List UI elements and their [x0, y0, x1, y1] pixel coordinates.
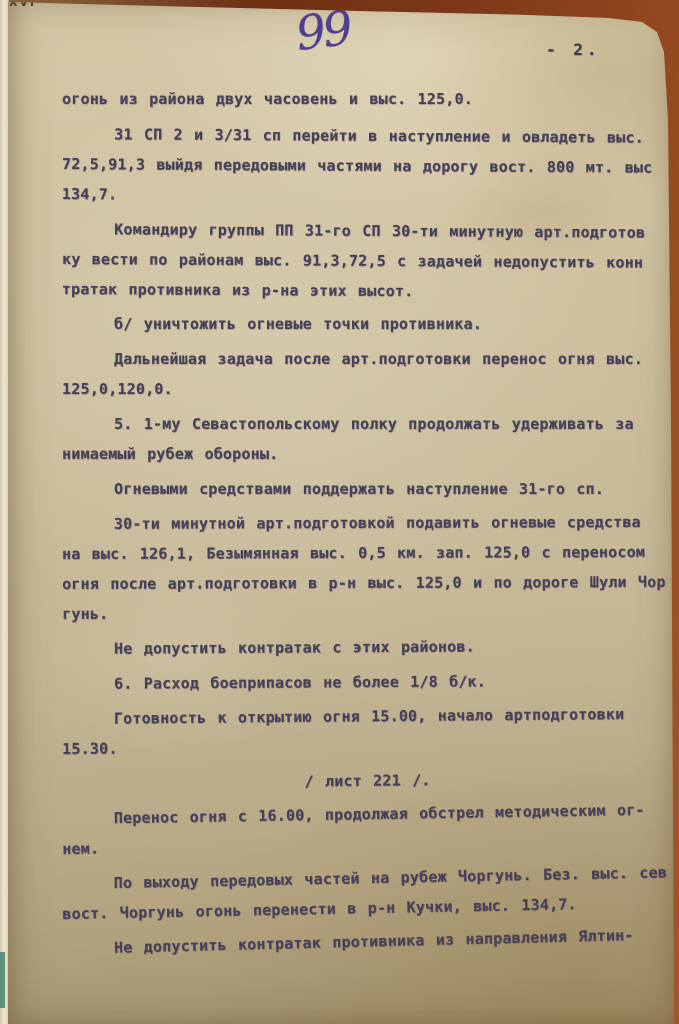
paragraph: Перенос огня с 16.00, продолжая обстрел … [62, 794, 674, 864]
paragraph: б/ уничтожить огневые точки противника. [62, 309, 673, 339]
document-page: XVI 99 - 2. огонь из района двух часовен… [8, 0, 679, 1024]
text-line: 134,7. [62, 179, 673, 213]
paragraph: Готовность к открытию огня 15.00, начало… [62, 699, 674, 764]
underlying-page-edge [0, 0, 9, 1024]
paragraph: Огневыми средствами поддержать наступлен… [62, 474, 673, 504]
paragraph: Командиру группы ПП 31-го СП 30-ти минут… [62, 214, 674, 308]
text-line: ку вести по районам выс. 91,3,72,5 с зад… [62, 244, 673, 278]
handwritten-page-number: 99 [293, 1, 353, 62]
paragraph: 31 СП 2 и 3/31 сп перейти в наступление … [62, 119, 674, 213]
corner-stamp-fragment: XVI [9, 0, 36, 9]
scanned-document-photo: { "page_label": { "handwritten_number": … [0, 0, 679, 1024]
text-line: Не допустить контратак с этих районов. [62, 630, 673, 664]
text-line: гунь. [62, 597, 673, 629]
text-line: огонь из района двух часовень и выс. 125… [62, 84, 673, 114]
text-line: Дальнейшая задача после арт.подготовки п… [62, 344, 673, 374]
text-line: 72,5,91,3 выйдя передовыми частями на до… [62, 149, 673, 183]
typed-text-block: огонь из района двух часовень и выс. 125… [62, 84, 673, 969]
text-line: 15.30. [62, 729, 673, 764]
bottom-left-page-sliver [0, 952, 5, 1008]
text-line: тратак противника из р-на этих высот. [62, 274, 673, 308]
paragraph: Дальнейшая задача после арт.подготовки п… [62, 344, 673, 404]
text-line: огня после арт.подготовки в р-н выс. 125… [62, 567, 673, 599]
typed-page-number: - 2. [546, 40, 601, 59]
paragraph: огонь из района двух часовень и выс. 125… [62, 84, 673, 114]
paragraph: По выходу передовых частей на рубеж Чорг… [61, 857, 673, 929]
paragraph: 5. 1-му Севастопольскому полку продолжат… [62, 409, 673, 469]
text-line: нимаемый рубеж обороны. [62, 439, 673, 469]
text-line: Готовность к открытию огня 15.00, начало… [62, 699, 673, 734]
text-line: б/ уничтожить огневые точки противника. [62, 309, 673, 339]
text-line: 5. 1-му Севастопольскому полку продолжат… [62, 409, 673, 439]
text-line: 125,0,120,0. [62, 374, 673, 404]
paragraph: 30-ти минутной арт.подготовкой подавить … [62, 507, 673, 629]
paragraph: Не допустить контратак с этих районов. [62, 630, 673, 664]
text-line: Огневыми средствами поддержать наступлен… [62, 474, 673, 504]
text-line: 6. Расход боеприпасов не более 1/8 б/к. [62, 665, 673, 699]
text-line: на выс. 126,1, Безымянная выс. 0,5 км. з… [62, 537, 673, 569]
text-line: 30-ти минутной арт.подготовкой подавить … [62, 507, 673, 539]
text-line: 31 СП 2 и 3/31 сп перейти в наступление … [62, 119, 673, 153]
paragraph: 6. Расход боеприпасов не более 1/8 б/к. [62, 665, 673, 699]
text-line: Командиру группы ПП 31-го СП 30-ти минут… [62, 214, 673, 248]
paragraph: / лист 221 /. [62, 763, 673, 799]
text-line: / лист 221 /. [62, 763, 673, 799]
